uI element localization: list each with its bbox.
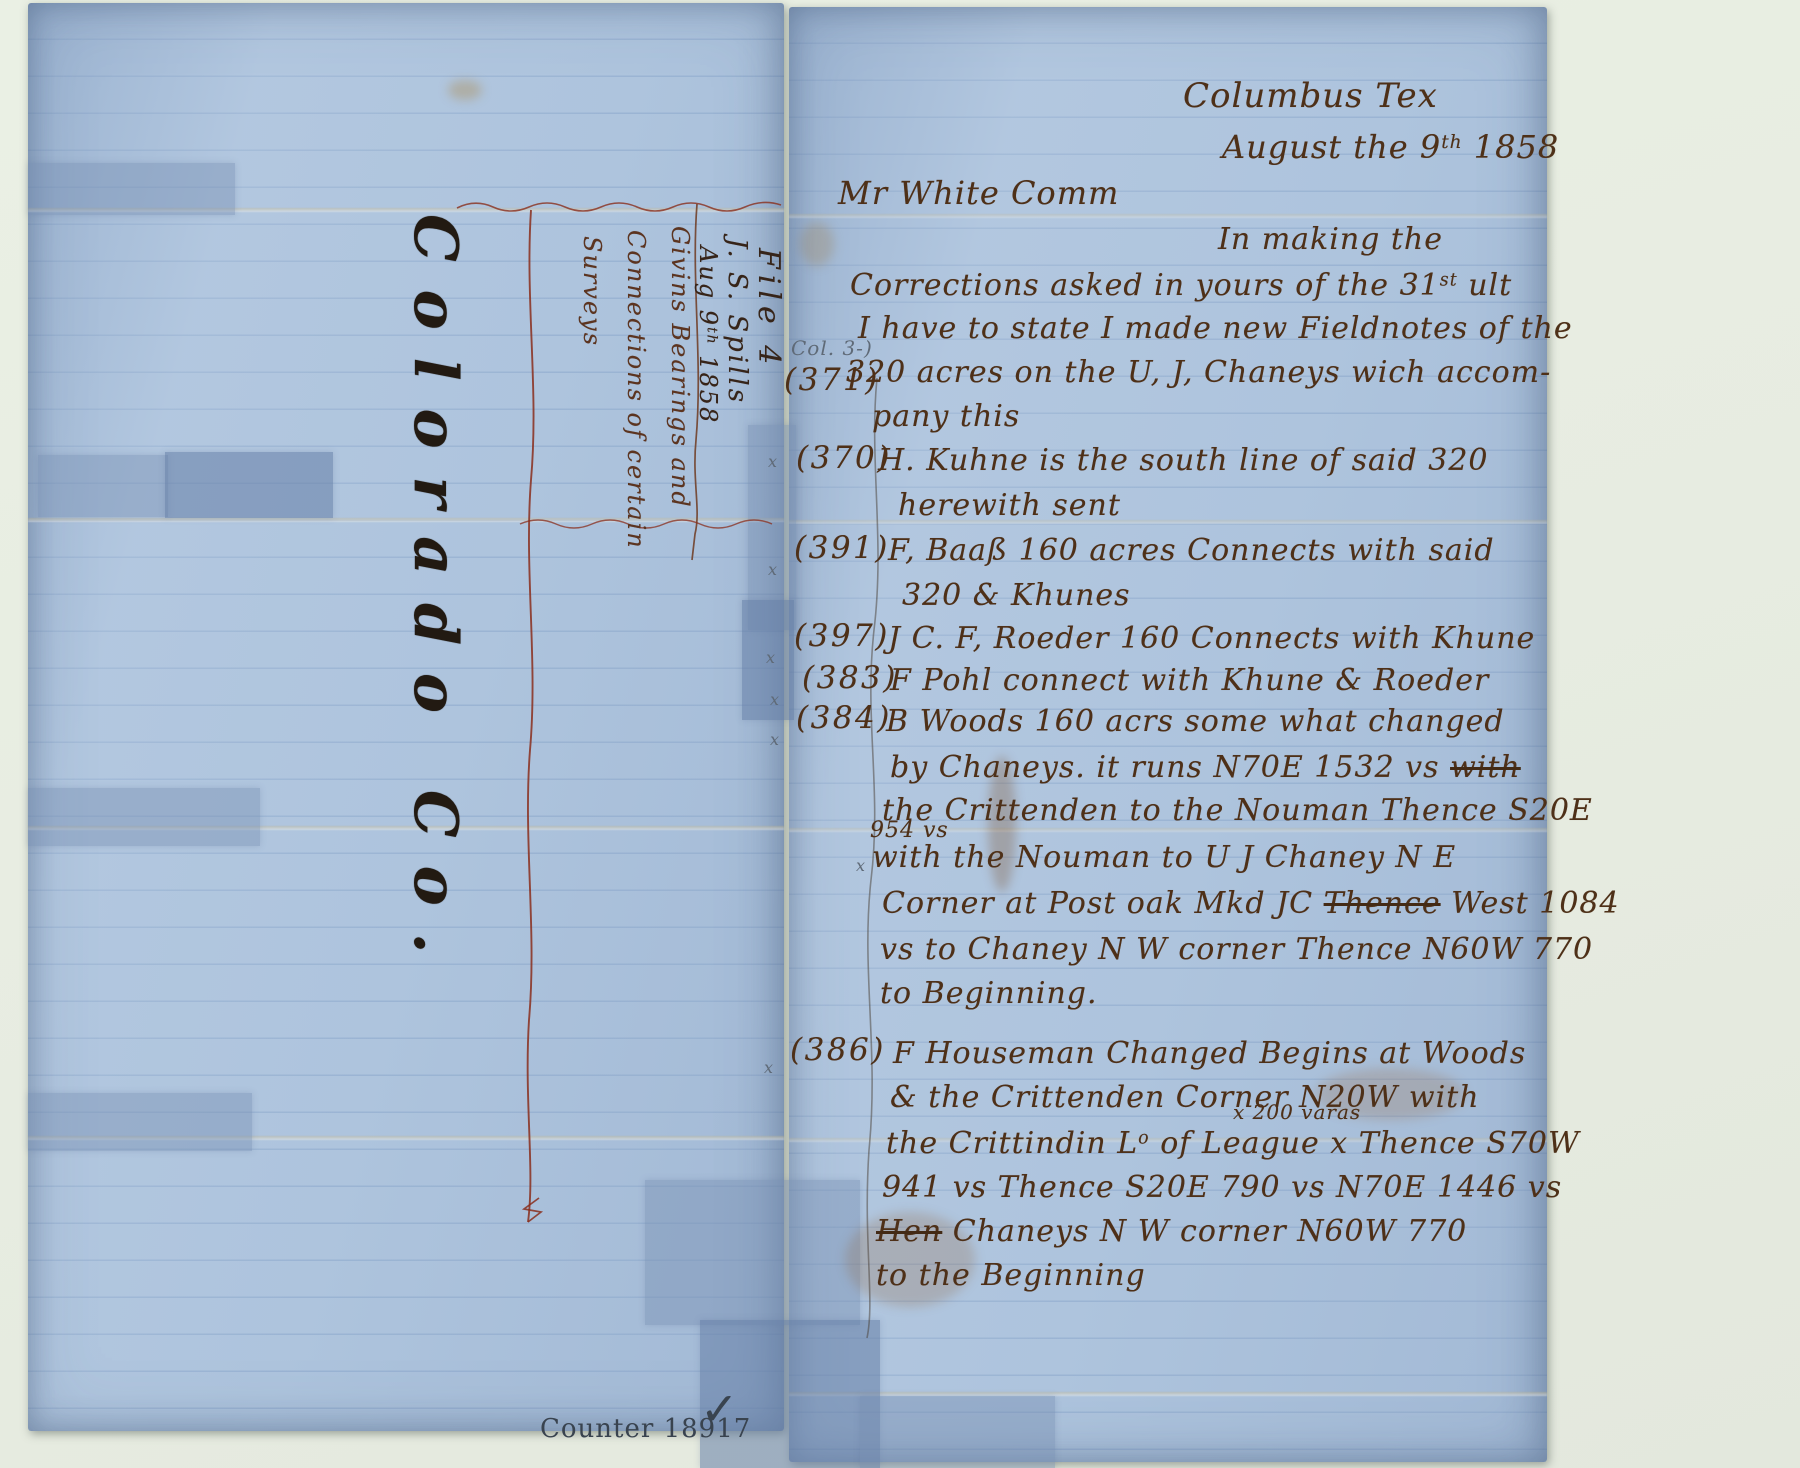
fold-crease <box>789 828 1547 832</box>
ink-stain <box>988 756 1016 892</box>
tape-patch <box>700 1320 880 1468</box>
tape-patch <box>28 163 235 215</box>
fold-crease <box>28 518 784 522</box>
foxing-spot <box>800 222 834 266</box>
tape-patch <box>165 452 333 518</box>
tape-patch <box>645 1180 860 1325</box>
foxing-spot <box>448 80 482 100</box>
ink-stain <box>845 1212 975 1307</box>
tape-patch <box>860 1396 1055 1468</box>
tape-patch <box>28 1093 252 1151</box>
scanned-document: Colorado Co.Givins Bearings andConnectio… <box>0 0 1800 1468</box>
tape-patch <box>38 455 168 517</box>
fold-crease <box>789 520 1547 524</box>
fold-crease <box>789 1138 1547 1142</box>
ink-stain <box>1315 1068 1465 1120</box>
tape-patch <box>28 788 260 846</box>
tape-patch <box>742 600 794 720</box>
fold-crease <box>789 214 1547 218</box>
